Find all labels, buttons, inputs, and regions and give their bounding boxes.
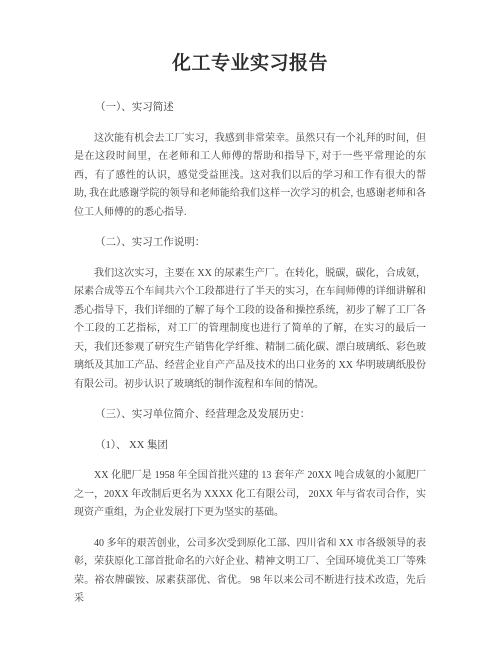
paragraph-company-achievements: 40 多年的艰苦创业，公司多次受到原化工部、四川省和 XX 市各级领导的表彰，荣…: [74, 535, 426, 609]
paragraph-internship-summary: 这次能有机会去工厂实习，我感到非常荣幸。虽然只有一个礼拜的时间，但是在这段时间里…: [74, 130, 426, 223]
paragraph-work-description: 我们这次实习，主要在 XX 的尿素生产厂。在转化，脱碳，碳化，合成氨，尿素合成等…: [74, 265, 426, 395]
section-heading-2: （二）、实习工作说明：: [74, 234, 426, 253]
report-page: 化工专业实习报告 （一）、实习简述 这次能有机会去工厂实习，我感到非常荣幸。虽然…: [0, 0, 500, 647]
subsection-heading-xx-group: （1）、 XX 集团: [74, 437, 426, 456]
section-heading-1: （一）、实习简述: [74, 99, 426, 118]
paragraph-company-history: XX 化肥厂是 1958 年全国首批兴建的 13 套年产 20XX 吨合成氨的小…: [74, 467, 426, 523]
section-heading-3: （三）、实习单位简介、经营理念及发展历史：: [74, 406, 426, 425]
document-title: 化工专业实习报告: [74, 51, 426, 77]
